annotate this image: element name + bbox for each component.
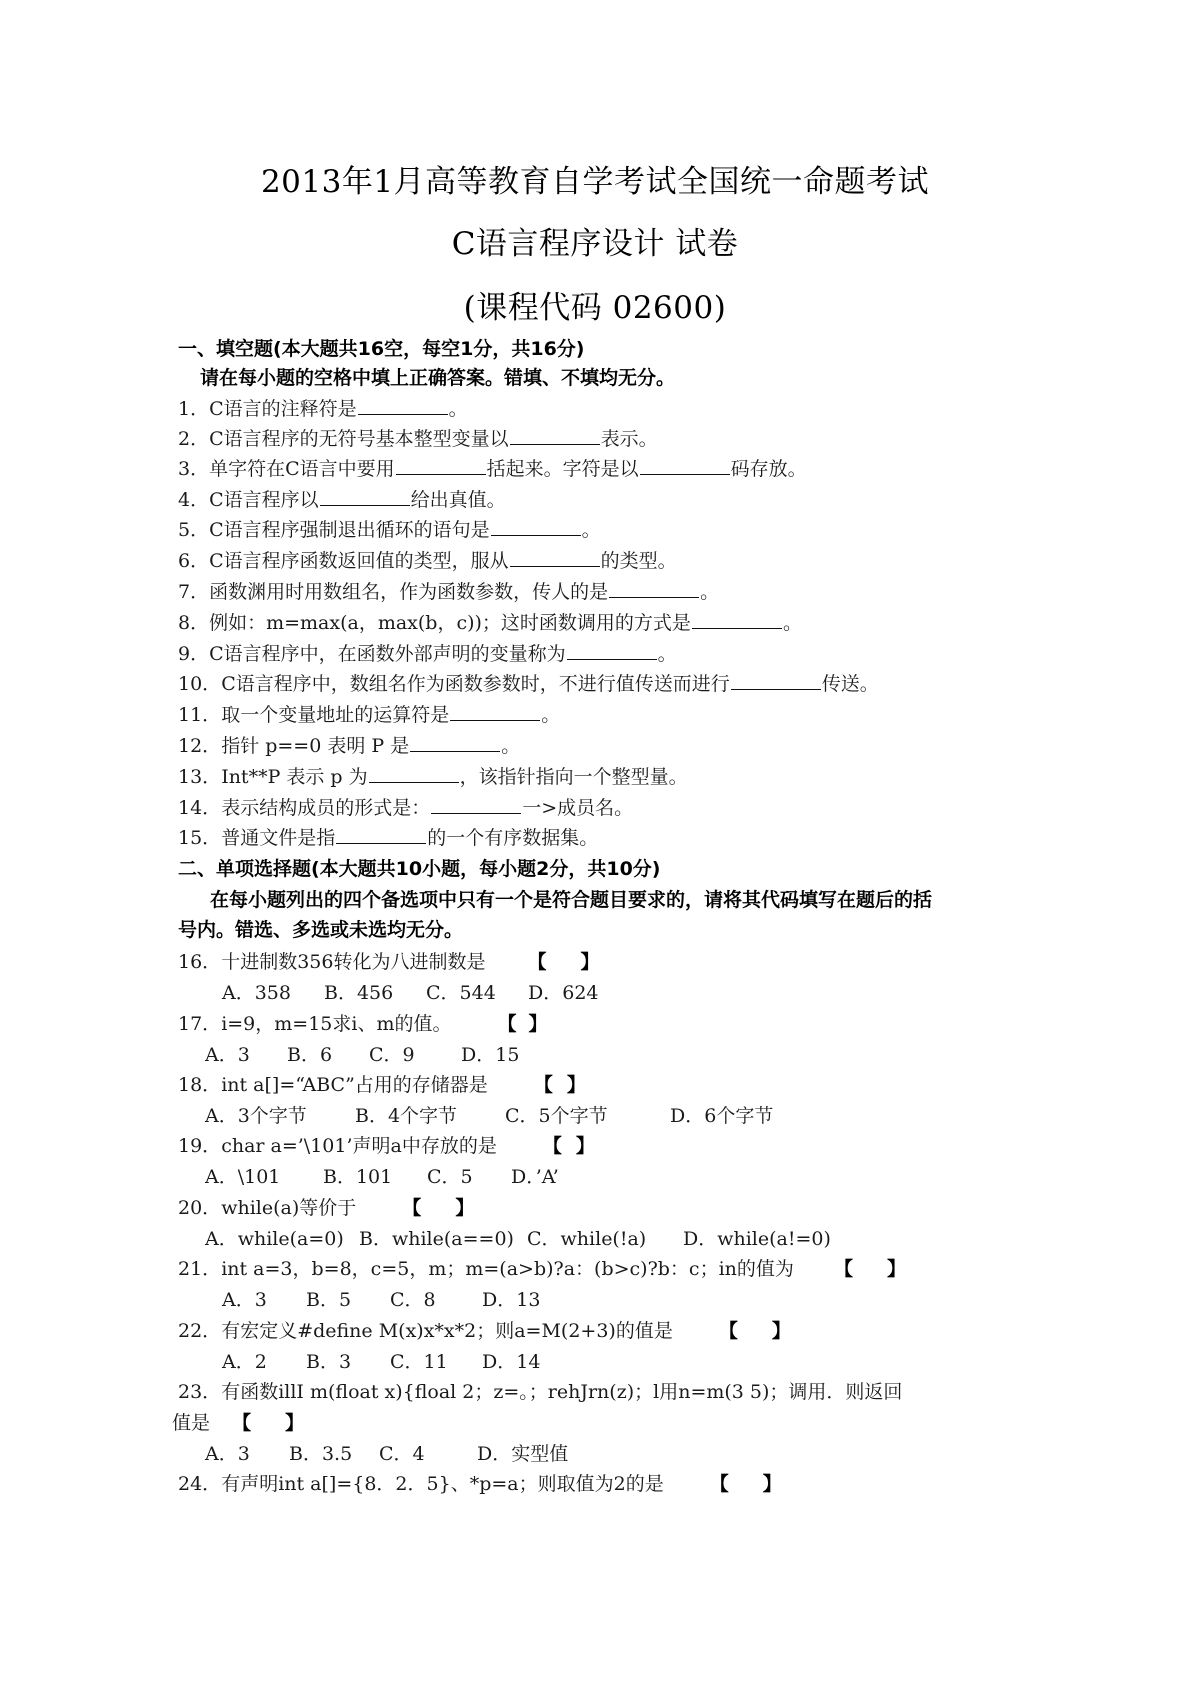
option-a[interactable]: A．3	[205, 1043, 287, 1067]
section2-heading: 二、单项选择题(本大题共10小题，每小题2分，共10分)	[178, 857, 660, 881]
option-b[interactable]: B．456	[324, 981, 426, 1005]
option-d[interactable]: D．15	[461, 1043, 519, 1067]
answer-bracket[interactable]: 【】	[834, 1257, 906, 1281]
answer-blank[interactable]	[510, 549, 600, 567]
answer-blank[interactable]	[640, 457, 730, 475]
option-d[interactable]: D．while(a!=0)	[683, 1227, 831, 1251]
option-d[interactable]: D．13	[482, 1288, 540, 1312]
answer-bracket[interactable]: 【】	[534, 1073, 586, 1097]
question-3: 3．单字符在C语言中要用括起来。字符是以码存放。	[178, 457, 807, 481]
answer-bracket[interactable]: 【】	[528, 950, 600, 974]
option-b[interactable]: B．3.5	[289, 1442, 379, 1466]
option-c[interactable]: C．9	[369, 1043, 461, 1067]
question-18: 18．int a[]=“ABC”占用的存储器是 【】	[178, 1073, 586, 1097]
option-b[interactable]: B．4个字节	[355, 1104, 505, 1128]
answer-blank[interactable]	[450, 703, 540, 721]
option-b[interactable]: B．101	[323, 1165, 427, 1189]
question-6: 6．C语言程序函数返回值的类型，服从的类型。	[178, 549, 677, 573]
option-c[interactable]: C．544	[426, 981, 528, 1005]
exam-page: 2013年1月高等教育自学考试全国统一命题考试 C语言程序设计 试卷 (课程代码…	[0, 0, 1190, 1683]
section2-instruction-line2: 号内。错选、多选或未选均无分。	[178, 918, 463, 942]
question-11: 11．取一个变量地址的运算符是。	[178, 703, 560, 727]
question-22: 22．有宏定义#define M(x)x*x*2；则a=M(2+3)的值是 【】	[178, 1319, 791, 1343]
section1-instruction: 请在每小题的空格中填上正确答案。错填、不填均无分。	[200, 366, 675, 390]
answer-blank[interactable]	[609, 580, 699, 598]
question-5: 5．C语言程序强制退出循环的语句是。	[178, 518, 601, 542]
answer-bracket[interactable]: 【】	[498, 1012, 548, 1036]
option-b[interactable]: B．6	[287, 1043, 369, 1067]
option-a[interactable]: A．3	[205, 1442, 289, 1466]
answer-bracket[interactable]: 【】	[543, 1134, 595, 1158]
section2-instruction-line1: 在每小题列出的四个备选项中只有一个是符合题目要求的，请将其代码填写在题后的括	[210, 888, 932, 912]
answer-blank[interactable]	[410, 734, 500, 752]
answer-blank[interactable]	[431, 796, 521, 814]
question-2: 2．C语言程序的无符号基本整型变量以表示。	[178, 427, 658, 451]
option-b[interactable]: B．3	[306, 1350, 390, 1374]
answer-blank[interactable]	[336, 826, 426, 844]
option-a[interactable]: A．358	[222, 981, 324, 1005]
question-14: 14．表示结构成员的形式是：一>成员名。	[178, 796, 633, 820]
question-23-options: A．3B．3.5C．4D．实型值	[205, 1442, 568, 1466]
option-d[interactable]: D．6个字节	[670, 1104, 773, 1128]
question-16: 16．十进制数356转化为八进制数是 【】	[178, 950, 600, 974]
question-12: 12．指针 p==0 表明 P 是。	[178, 734, 520, 758]
question-8: 8．例如：m=max(a，max(b，c))；这时函数调用的方式是。	[178, 611, 802, 635]
question-21: 21．int a=3，b=8，c=5，m；m=(a>b)?a：(b>c)?b：c…	[178, 1257, 906, 1281]
answer-bracket[interactable]: 【】	[710, 1472, 782, 1496]
option-d[interactable]: D．624	[528, 981, 599, 1005]
answer-blank[interactable]	[396, 457, 486, 475]
question-19: 19．char a=’\101’声明a中存放的是 【】	[178, 1134, 595, 1158]
section1-heading: 一、填空题(本大题共16空，每空1分，共16分)	[178, 337, 584, 361]
question-15: 15．普通文件是指的一个有序数据集。	[178, 826, 598, 850]
answer-blank[interactable]	[491, 518, 581, 536]
question-24: 24．有声明int a[]={8．2．5}、*p=a；则取值为2的是 【】	[178, 1472, 782, 1496]
answer-blank[interactable]	[692, 611, 782, 629]
option-a[interactable]: A．while(a=0)	[205, 1227, 359, 1251]
answer-blank[interactable]	[731, 672, 821, 690]
option-c[interactable]: C．5个字节	[505, 1104, 670, 1128]
question-9: 9．C语言程序中，在函数外部声明的变量称为。	[178, 642, 677, 666]
option-b[interactable]: B．while(a==0)	[359, 1227, 527, 1251]
option-c[interactable]: C．8	[390, 1288, 482, 1312]
answer-bracket[interactable]: 【】	[402, 1196, 474, 1220]
option-c[interactable]: C．11	[390, 1350, 482, 1374]
answer-blank[interactable]	[567, 642, 657, 660]
exam-title: 2013年1月高等教育自学考试全国统一命题考试	[0, 156, 1190, 201]
question-4: 4．C语言程序以给出真值。	[178, 488, 506, 512]
option-b[interactable]: B．5	[306, 1288, 390, 1312]
question-18-options: A．3个字节B．4个字节C．5个字节D．6个字节	[205, 1104, 773, 1128]
option-a[interactable]: A．3	[222, 1288, 306, 1312]
question-16-options: A．358B．456C．544D．624	[222, 981, 599, 1005]
question-7: 7．函数渊用时用数组名，作为函数参数，传人的是。	[178, 580, 719, 604]
course-title: C语言程序设计 试卷	[0, 218, 1190, 263]
question-10: 10．C语言程序中，数组名作为函数参数时，不进行值传送而进行传送。	[178, 672, 879, 696]
answer-blank[interactable]	[510, 427, 600, 445]
option-a[interactable]: A．2	[222, 1350, 306, 1374]
option-d[interactable]: D．14	[482, 1350, 540, 1374]
course-code: (课程代码 02600)	[0, 282, 1190, 327]
answer-bracket[interactable]: 【】	[232, 1411, 304, 1435]
question-22-options: A．2B．3C．11D．14	[222, 1350, 540, 1374]
option-a[interactable]: A．\101	[205, 1165, 323, 1189]
option-a[interactable]: A．3个字节	[205, 1104, 355, 1128]
answer-blank[interactable]	[320, 488, 410, 506]
question-23-cont: 值是 【】	[172, 1411, 304, 1435]
question-1: 1．C语言的注释符是。	[178, 397, 468, 421]
option-d[interactable]: D．’A’	[511, 1165, 559, 1189]
option-d[interactable]: D．实型值	[477, 1442, 568, 1466]
question-20-options: A．while(a=0)B．while(a==0)C．while(!a)D．wh…	[205, 1227, 831, 1251]
question-17-options: A．3B．6C．9D．15	[205, 1043, 519, 1067]
question-13: 13．Int**P 表示 p 为，该指针指向一个整型量。	[178, 765, 688, 789]
option-c[interactable]: C．4	[379, 1442, 477, 1466]
option-c[interactable]: C．while(!a)	[527, 1227, 683, 1251]
answer-blank[interactable]	[358, 397, 448, 415]
question-19-options: A．\101B．101C．5D．’A’	[205, 1165, 559, 1189]
option-c[interactable]: C．5	[427, 1165, 511, 1189]
answer-bracket[interactable]: 【】	[719, 1319, 791, 1343]
question-23: 23．有函数illI m(float x){floal 2；z=。；rehJrn…	[178, 1380, 902, 1404]
question-21-options: A．3B．5C．8D．13	[222, 1288, 540, 1312]
question-20: 20．while(a)等价于 【】	[178, 1196, 474, 1220]
question-17: 17．i=9，m=15求i、m的值。 【】	[178, 1012, 548, 1036]
answer-blank[interactable]	[369, 765, 459, 783]
